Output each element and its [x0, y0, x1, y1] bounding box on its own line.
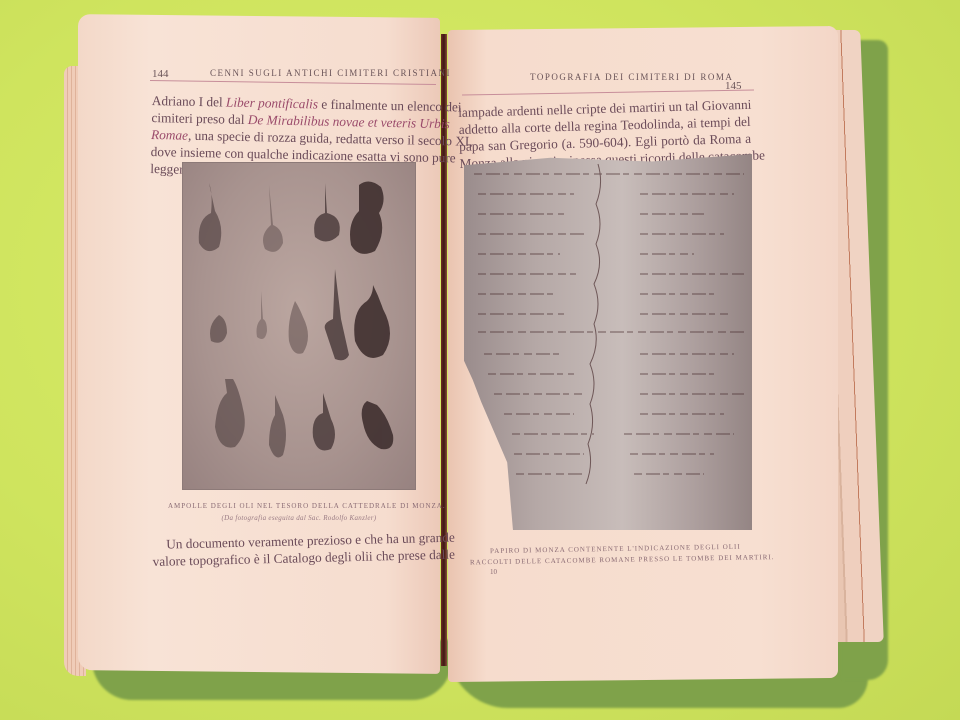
ampullae-photograph	[182, 162, 416, 490]
left-bottom-paragraph: Un documento veramente prezioso e che ha…	[152, 529, 439, 570]
left-running-head: CENNI SUGLI ANTICHI CIMITERI CRISTIANI	[210, 68, 451, 78]
left-folio: 144	[152, 68, 169, 80]
ampullae-caption-credit: (Da fotografia eseguita dal Sac. Rodolfo…	[168, 514, 430, 522]
right-running-head: TOPOGRAFIA DEI CIMITERI DI ROMA	[530, 72, 733, 82]
ampullae-caption: AMPOLLE DEGLI OLI NEL TESORO DELLA CATTE…	[168, 502, 430, 510]
ampullae-illustration	[183, 163, 415, 489]
signature-mark: 10	[490, 568, 497, 576]
